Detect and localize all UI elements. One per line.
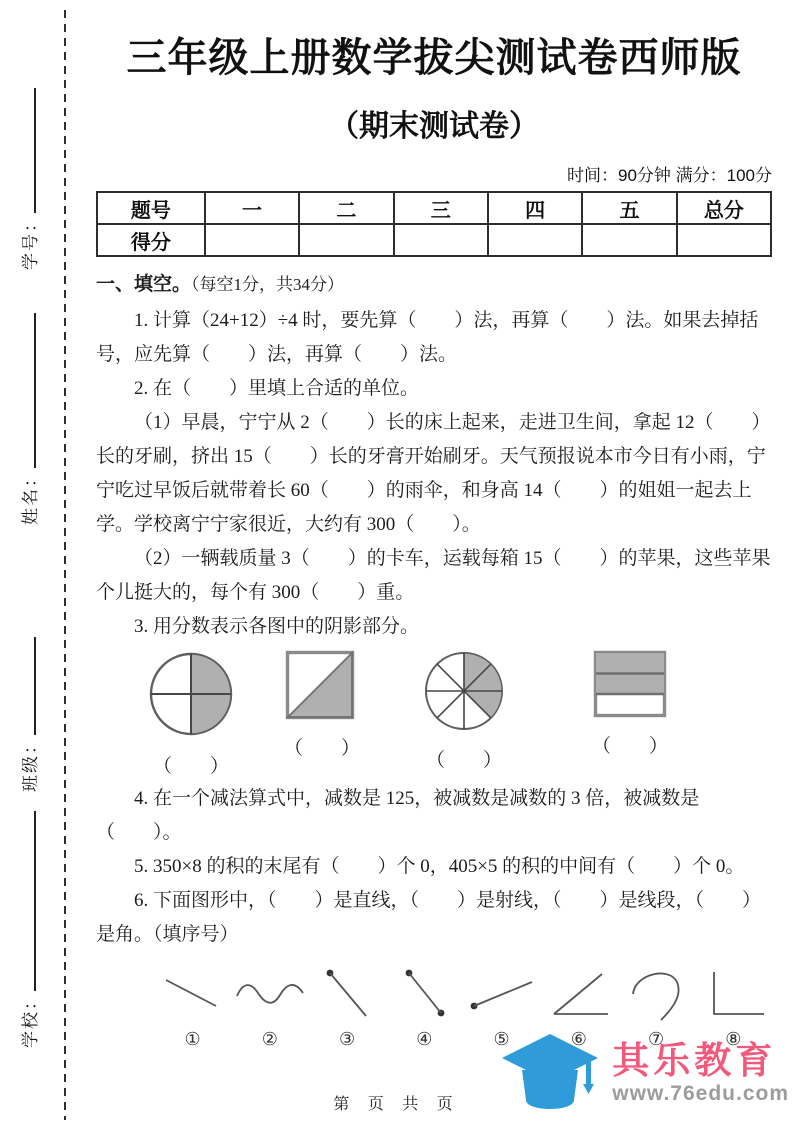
figure-label: ② bbox=[231, 1029, 308, 1050]
figure-segment: ④ bbox=[386, 966, 463, 1050]
question-2-sub-2: （2）一辆载质量 3（ ）的卡车，运载每箱 15（ ）的苹果，这些苹果个儿挺大的… bbox=[96, 542, 772, 610]
brand-logo: 其乐教育 www.76edu.com bbox=[494, 1032, 789, 1116]
question-2-sub-1: （1）早晨，宁宁从 2（ ）长的床上起来，走进卫生间，拿起 12（ ）长的牙刷，… bbox=[96, 406, 772, 542]
score-cell bbox=[299, 224, 393, 256]
margin-field-name: 姓名： bbox=[18, 313, 44, 525]
fraction-figure-circle-quarters: （ ） bbox=[146, 650, 236, 778]
exam-info: 时间：90分钟 满分：100分 bbox=[96, 161, 772, 186]
margin-field-class: 班级： bbox=[18, 637, 44, 792]
exam-paper-page: 学号： 姓名： 班级： 学校： 三年级上册数学拔尖测试卷西师版 （期末测试卷） … bbox=[0, 0, 793, 1122]
score-cell bbox=[205, 224, 299, 256]
ray-icon bbox=[316, 966, 378, 1022]
score-table-col: 五 bbox=[582, 192, 676, 224]
score-row-label: 得分 bbox=[97, 224, 205, 256]
section-title: 一、填空。 bbox=[96, 274, 191, 295]
score-table-col: 三 bbox=[394, 192, 488, 224]
square-diagonal-icon bbox=[285, 650, 355, 720]
fold-dashed-line bbox=[64, 10, 66, 1120]
brand-text-block: 其乐教育 www.76edu.com bbox=[612, 1041, 789, 1107]
main-content: 三年级上册数学拔尖测试卷西师版 （期末测试卷） 时间：90分钟 满分：100分 … bbox=[96, 0, 772, 1050]
answer-blank: （ ） bbox=[284, 733, 356, 760]
curved-arc-icon bbox=[625, 966, 687, 1022]
score-table-col: 总分 bbox=[677, 192, 771, 224]
figure-label: ④ bbox=[386, 1029, 463, 1050]
margin-field-school: 学校： bbox=[18, 811, 44, 1048]
score-cell bbox=[582, 224, 676, 256]
score-table: 题号 一 二 三 四 五 总分 得分 bbox=[96, 191, 772, 257]
question-2: 2. 在（ ）里填上合适的单位。 bbox=[96, 372, 772, 406]
line-icon bbox=[160, 966, 226, 1022]
fraction-figure-square-diagonal: （ ） bbox=[284, 650, 356, 760]
graduation-cap-icon bbox=[494, 1032, 606, 1116]
wavy-curve-icon bbox=[233, 966, 307, 1022]
answer-blank: （ ） bbox=[146, 751, 236, 778]
circle-eighths-icon bbox=[423, 650, 505, 732]
question-5: 5. 350×8 的积的末尾有（ ）个 0，405×5 的积的中间有（ ）个 0… bbox=[96, 850, 772, 884]
segment-icon bbox=[393, 966, 455, 1022]
brand-name: 其乐教育 bbox=[612, 1041, 789, 1081]
page-number-text: 第 页 共 页 bbox=[333, 1091, 459, 1114]
class-label: 班级： bbox=[21, 735, 40, 792]
ray-icon bbox=[466, 966, 538, 1022]
school-label: 学校： bbox=[21, 991, 40, 1048]
figure-line: ① bbox=[154, 966, 231, 1050]
answer-blank: （ ） bbox=[592, 731, 668, 758]
question-1: 1. 计算（24+12）÷4 时，要先算（ ）法，再算（ ）法。如果去掉括号，应… bbox=[96, 304, 772, 372]
student-id-label: 学号： bbox=[21, 213, 40, 270]
name-write-line bbox=[34, 313, 36, 468]
circle-quarters-icon bbox=[147, 650, 235, 738]
fraction-figure-circle-eighths: （ ） bbox=[421, 650, 507, 772]
score-table-col: 二 bbox=[299, 192, 393, 224]
section-one-heading: 一、填空。（每空1分，共34分） bbox=[96, 269, 772, 296]
square-thirds-icon bbox=[593, 650, 667, 718]
score-table-col: 一 bbox=[205, 192, 299, 224]
score-cell bbox=[394, 224, 488, 256]
score-cell bbox=[677, 224, 771, 256]
figure-label: ③ bbox=[309, 1029, 386, 1050]
score-table-header-row: 题号 一 二 三 四 五 总分 bbox=[97, 192, 771, 224]
brand-website: www.76edu.com bbox=[612, 1081, 789, 1107]
section-note: （每空1分，共34分） bbox=[191, 275, 344, 294]
score-cell bbox=[488, 224, 582, 256]
figure-wavy-curve: ② bbox=[231, 966, 308, 1050]
margin-field-student-id: 学号： bbox=[18, 88, 44, 270]
page-title: 三年级上册数学拔尖测试卷西师版 bbox=[96, 26, 772, 83]
school-write-line bbox=[34, 811, 36, 991]
question-3-figures: （ ） （ ） （ ） bbox=[96, 650, 772, 782]
figure-ray-down: ③ bbox=[309, 966, 386, 1050]
fraction-figure-square-thirds: （ ） bbox=[592, 650, 668, 758]
acute-angle-icon bbox=[546, 966, 612, 1022]
page-subtitle: （期末测试卷） bbox=[96, 101, 772, 145]
right-angle-icon bbox=[700, 966, 766, 1022]
student-id-write-line bbox=[34, 88, 36, 213]
score-table-score-row: 得分 bbox=[97, 224, 771, 256]
class-write-line bbox=[34, 637, 36, 735]
figure-label: ① bbox=[154, 1029, 231, 1050]
answer-blank: （ ） bbox=[421, 745, 507, 772]
question-6: 6. 下面图形中，（ ）是直线，（ ）是射线，（ ）是线段，（ ）是角。（填序号… bbox=[96, 884, 772, 952]
score-table-col: 四 bbox=[488, 192, 582, 224]
question-4: 4. 在一个减法算式中，减数是 125，被减数是减数的 3 倍，被减数是（ ）。 bbox=[96, 782, 772, 850]
name-label: 姓名： bbox=[21, 468, 40, 525]
question-3: 3. 用分数表示各图中的阴影部分。 bbox=[96, 610, 772, 644]
score-table-label: 题号 bbox=[97, 192, 205, 224]
